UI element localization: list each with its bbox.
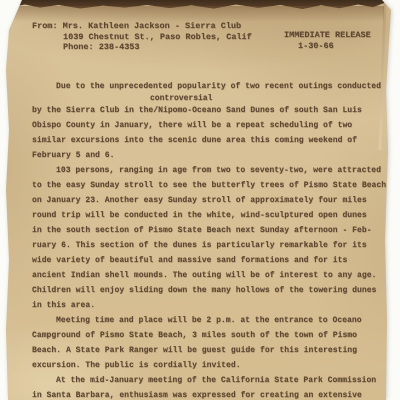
text-line: excursion. The public is cordially invit… [32,358,392,373]
document-content: From: Mrs. Kathleen Jackson - Sierra Clu… [32,21,392,400]
text-line: Meeting time and place will be 2 p.m. at… [32,313,392,328]
release-date: 1-30-66 [284,41,371,52]
scanned-document: From: Mrs. Kathleen Jackson - Sierra Clu… [0,0,400,400]
text-line: wide variety of beautiful and massive sa… [32,253,392,268]
paragraph-2: 103 persons, ranging in age from two to … [32,163,392,313]
text-line: similar excursions into the scenic dune … [32,133,392,148]
text-line: ruary 6. This section of the dunes is pa… [32,238,392,253]
paragraph-1: Due to the unprecedented popularity of t… [32,79,392,163]
text-line: to the easy Sunday stroll to see the but… [32,178,392,193]
text-line: by the Sierra Club in the/Nipomo-Oceano … [32,103,392,118]
text-line: in this area. [32,298,392,313]
text-line: ancient Indian shell mounds. The outing … [32,268,392,283]
text-line: Children will enjoy sliding down the man… [32,283,392,298]
text-line: Due to the unprecedented popularity of t… [32,79,392,94]
text-line: in the south section of Pismo State Beac… [32,223,392,238]
text-line: Campground of Pismo State Beach, 3 miles… [32,328,392,343]
press-release-body: Due to the unprecedented popularity of t… [32,79,392,400]
paragraph-3: Meeting time and place will be 2 p.m. at… [32,313,392,373]
text-line: Beach. A State Park Ranger will be guest… [32,343,392,358]
text-line: 103 persons, ranging in age from two to … [32,163,392,178]
text-line: in Santa Barbara, enthusiasm was express… [32,388,392,400]
text-line: round trip will be conducted in the whit… [32,208,392,223]
release-block: IMMEDIATE RELEASE 1-30-66 [284,30,371,51]
paper-sheet: From: Mrs. Kathleen Jackson - Sierra Clu… [0,0,400,400]
torn-edge-shadow [14,6,384,22]
release-label: IMMEDIATE RELEASE [284,30,371,41]
paragraph-4: At the mid-January meeting of the Califo… [32,373,392,400]
text-line: Obispo County in January, there will be … [32,118,392,133]
text-line: February 5 and 6. [32,148,392,163]
text-line: At the mid-January meeting of the Califo… [32,373,392,388]
text-line: on January 23. Another easy Sunday strol… [32,193,392,208]
inserted-word: controversial [32,94,392,103]
